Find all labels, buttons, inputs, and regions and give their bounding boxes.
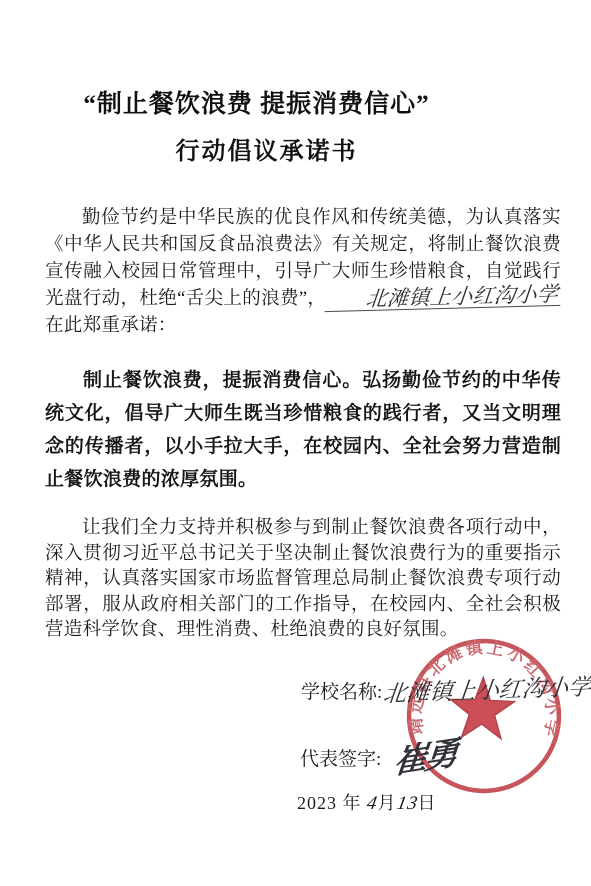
representative-signature-line: 代表签字:崔勇 <box>300 728 455 775</box>
document-title-line2: 行动倡议承诺书 <box>0 131 533 166</box>
paragraph-intro: 勤俭节约是中华民族的优良作风和传统美德，为认真落实《中华人民共和国反食品浪费法》… <box>45 205 561 340</box>
paragraph-action: 让我们全力支持并积极参与到制止餐饮浪费各项行动中，深入贯彻习近平总书记关于坚决制… <box>45 516 561 644</box>
school-name-handwritten-inline: 北滩镇上小红沟小学 <box>325 284 563 312</box>
representative-signature-handwritten: 崔勇 <box>392 728 458 784</box>
pledge-document-page: “制止餐饮浪费 提振消费信心” 行动倡议承诺书 勤俭节约是中华民族的优良作风和传… <box>0 0 591 886</box>
school-name-line: 学校名称:北滩镇上小红沟小学 <box>301 672 591 705</box>
date-month-label: 月 <box>378 793 397 813</box>
school-name-label: 学校名称: <box>301 682 382 703</box>
paragraph-intro-tail: 在此郑重承诺： <box>45 316 177 336</box>
date-day-label: 日 <box>418 793 437 813</box>
date-day-number-handwritten: 13 <box>395 793 420 815</box>
paragraph-pledge-bold: 制止餐饮浪费，提振消费信心。弘扬勤俭节约的中华传统文化，倡导广大师生既当珍惜粮食… <box>45 364 561 496</box>
signer-label: 代表签字: <box>300 749 381 770</box>
date-year: 2023 年 <box>297 793 362 813</box>
date-line: 2023 年 4月13日 <box>297 789 437 815</box>
document-title-line1: “制止餐饮浪费 提振消费信心” <box>0 84 513 120</box>
school-name-value-handwritten: 北滩镇上小红沟小学 <box>382 668 591 708</box>
document-body: 勤俭节约是中华民族的优良作风和传统美德，为认真落实《中华人民共和国反食品浪费法》… <box>45 205 561 644</box>
